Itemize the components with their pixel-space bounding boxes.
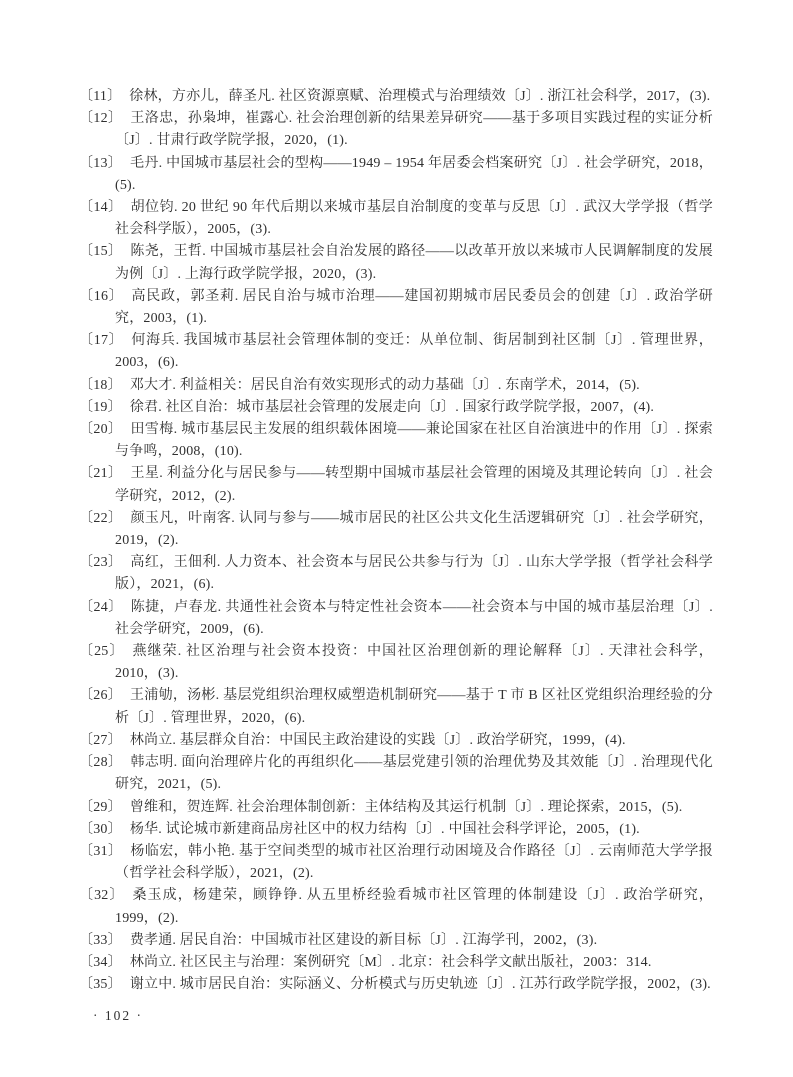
reference-item: 〔33〕费孝通. 居民自治：中国城市社区建设的新目标〔J〕. 江海学刊，2002… <box>79 930 713 952</box>
reference-item: 〔31〕杨临宏，韩小艳. 基于空间类型的城市社区治理行动困境及合作路径〔J〕. … <box>79 841 713 885</box>
reference-item: 〔17〕何海兵. 我国城市基层社会管理体制的变迁：从单位制、街居制到社区制〔J〕… <box>79 330 713 374</box>
reference-number: 〔33〕 <box>79 933 122 948</box>
reference-text: 田雪梅. 城市基层民主发展的组织载体困境——兼论国家在社区自治演进中的作用〔J〕… <box>115 422 713 459</box>
reference-item: 〔32〕桑玉成，杨建荣，顾铮铮. 从五里桥经验看城市社区管理的体制建设〔J〕. … <box>79 885 713 929</box>
reference-number: 〔30〕 <box>79 822 122 837</box>
reference-number: 〔21〕 <box>79 466 122 481</box>
reference-text: 曾维和，贺连辉. 社会治理体制创新：主体结构及其运行机制〔J〕. 理论探索，20… <box>130 800 683 815</box>
reference-number: 〔22〕 <box>79 511 122 526</box>
reference-text: 陈尧，王哲. 中国城市基层社会自治发展的路径——以改革开放以来城市人民调解制度的… <box>115 244 713 281</box>
reference-item: 〔14〕胡位钧. 20 世纪 90 年代后期以来城市基层自治制度的变革与反思〔J… <box>79 197 713 241</box>
document-page: 〔11〕徐林，方亦儿，薛圣凡. 社区资源禀赋、治理模式与治理绩效〔J〕. 浙江社… <box>0 0 793 1077</box>
reference-item: 〔23〕高红，王佃利. 人力资本、社会资本与居民公共参与行为〔J〕. 山东大学学… <box>79 552 713 596</box>
reference-item: 〔30〕杨华. 试论城市新建商品房社区中的权力结构〔J〕. 中国社会科学评论，2… <box>79 819 713 841</box>
reference-text: 杨华. 试论城市新建商品房社区中的权力结构〔J〕. 中国社会科学评论，2005，… <box>130 822 640 837</box>
reference-text: 谢立中. 城市居民自治：实际涵义、分析模式与历史轨迹〔J〕. 江苏行政学院学报，… <box>130 977 711 992</box>
reference-item: 〔11〕徐林，方亦儿，薛圣凡. 社区资源禀赋、治理模式与治理绩效〔J〕. 浙江社… <box>79 86 713 108</box>
reference-item: 〔24〕陈捷，卢春龙. 共通性社会资本与特定性社会资本——社会资本与中国的城市基… <box>79 597 713 641</box>
reference-number: 〔17〕 <box>79 333 123 348</box>
reference-item: 〔12〕王洛忠，孙枭坤，崔露心. 社会治理创新的结果差异研究——基于多项目实践过… <box>79 108 713 152</box>
reference-item: 〔27〕林尚立. 基层群众自治：中国民主政治建设的实践〔J〕. 政治学研究，19… <box>79 730 713 752</box>
reference-number: 〔20〕 <box>79 422 122 437</box>
reference-number: 〔19〕 <box>79 400 122 415</box>
reference-item: 〔28〕韩志明. 面向治理碎片化的再组织化——基层党建引领的治理优势及其效能〔J… <box>79 752 713 796</box>
reference-item: 〔15〕陈尧，王哲. 中国城市基层社会自治发展的路径——以改革开放以来城市人民调… <box>79 241 713 285</box>
reference-text: 王星. 利益分化与居民参与——转型期中国城市基层社会管理的困境及其理论转向〔J〕… <box>115 466 713 503</box>
reference-item: 〔34〕林尚立. 社区民主与治理：案例研究〔M〕. 北京：社会科学文献出版社，2… <box>79 952 713 974</box>
reference-item: 〔35〕谢立中. 城市居民自治：实际涵义、分析模式与历史轨迹〔J〕. 江苏行政学… <box>79 974 713 996</box>
reference-number: 〔27〕 <box>79 733 122 748</box>
reference-item: 〔25〕燕继荣. 社区治理与社会资本投资：中国社区治理创新的理论解释〔J〕. 天… <box>79 641 713 685</box>
reference-number: 〔14〕 <box>79 200 123 215</box>
reference-item: 〔18〕邓大才. 利益相关：居民自治有效实现形式的动力基础〔J〕. 东南学术，2… <box>79 375 713 397</box>
reference-number: 〔18〕 <box>79 378 122 393</box>
reference-item: 〔26〕王浦劬，汤彬. 基层党组织治理权威塑造机制研究——基于 T 市 B 区社… <box>79 685 713 729</box>
reference-text: 韩志明. 面向治理碎片化的再组织化——基层党建引领的治理优势及其效能〔J〕. 治… <box>115 755 713 792</box>
reference-number: 〔23〕 <box>79 555 122 570</box>
reference-number: 〔13〕 <box>79 156 122 171</box>
reference-item: 〔29〕曾维和，贺连辉. 社会治理体制创新：主体结构及其运行机制〔J〕. 理论探… <box>79 797 713 819</box>
reference-text: 胡位钧. 20 世纪 90 年代后期以来城市基层自治制度的变革与反思〔J〕. 武… <box>115 200 713 237</box>
reference-item: 〔16〕高民政，郭圣莉. 居民自治与城市治理——建国初期城市居民委员会的创建〔J… <box>79 286 713 330</box>
reference-text: 陈捷，卢春龙. 共通性社会资本与特定性社会资本——社会资本与中国的城市基层治理〔… <box>115 600 713 637</box>
reference-text: 杨临宏，韩小艳. 基于空间类型的城市社区治理行动困境及合作路径〔J〕. 云南师范… <box>115 844 713 881</box>
reference-number: 〔28〕 <box>79 755 122 770</box>
reference-number: 〔26〕 <box>79 688 122 703</box>
reference-number: 〔35〕 <box>79 977 122 992</box>
reference-text: 徐君. 社区自治：城市基层社会管理的发展走向〔J〕. 国家行政学院学报，2007… <box>130 400 654 415</box>
reference-text: 毛丹. 中国城市基层社会的型构——1949 – 1954 年居委会档案研究〔J〕… <box>115 156 713 193</box>
reference-item: 〔21〕王星. 利益分化与居民参与——转型期中国城市基层社会管理的困境及其理论转… <box>79 463 713 507</box>
reference-number: 〔16〕 <box>79 289 123 304</box>
reference-text: 邓大才. 利益相关：居民自治有效实现形式的动力基础〔J〕. 东南学术，2014，… <box>130 378 640 393</box>
reference-item: 〔19〕徐君. 社区自治：城市基层社会管理的发展走向〔J〕. 国家行政学院学报，… <box>79 397 713 419</box>
reference-text: 徐林，方亦儿，薛圣凡. 社区资源禀赋、治理模式与治理绩效〔J〕. 浙江社会科学，… <box>129 89 710 104</box>
reference-text: 王洛忠，孙枭坤，崔露心. 社会治理创新的结果差异研究——基于多项目实践过程的实证… <box>115 111 713 148</box>
reference-item: 〔13〕毛丹. 中国城市基层社会的型构——1949 – 1954 年居委会档案研… <box>79 153 713 197</box>
reference-text: 颜玉凡，叶南客. 认同与参与——城市居民的社区公共文化生活逻辑研究〔J〕. 社会… <box>115 511 713 548</box>
reference-text: 林尚立. 基层群众自治：中国民主政治建设的实践〔J〕. 政治学研究，1999，(… <box>130 733 626 748</box>
reference-number: 〔29〕 <box>79 800 122 815</box>
page-number: · 102 · <box>93 1007 713 1025</box>
reference-text: 何海兵. 我国城市基层社会管理体制的变迁：从单位制、街居制到社区制〔J〕. 管理… <box>115 333 713 370</box>
reference-number: 〔25〕 <box>79 644 124 659</box>
reference-list: 〔11〕徐林，方亦儿，薛圣凡. 社区资源禀赋、治理模式与治理绩效〔J〕. 浙江社… <box>79 86 713 996</box>
reference-number: 〔12〕 <box>79 111 122 126</box>
reference-number: 〔32〕 <box>79 888 124 903</box>
reference-text: 王浦劬，汤彬. 基层党组织治理权威塑造机制研究——基于 T 市 B 区社区党组织… <box>115 688 713 725</box>
reference-text: 高红，王佃利. 人力资本、社会资本与居民公共参与行为〔J〕. 山东大学学报（哲学… <box>115 555 713 592</box>
reference-item: 〔22〕颜玉凡，叶南客. 认同与参与——城市居民的社区公共文化生活逻辑研究〔J〕… <box>79 508 713 552</box>
reference-number: 〔31〕 <box>79 844 122 859</box>
reference-text: 费孝通. 居民自治：中国城市社区建设的新目标〔J〕. 江海学刊，2002，(3)… <box>130 933 597 948</box>
reference-item: 〔20〕田雪梅. 城市基层民主发展的组织载体困境——兼论国家在社区自治演进中的作… <box>79 419 713 463</box>
reference-number: 〔11〕 <box>79 89 121 104</box>
reference-number: 〔24〕 <box>79 600 123 615</box>
reference-number: 〔15〕 <box>79 244 122 259</box>
reference-number: 〔34〕 <box>79 955 122 970</box>
reference-text: 燕继荣. 社区治理与社会资本投资：中国社区治理创新的理论解释〔J〕. 天津社会科… <box>115 644 713 681</box>
reference-text: 桑玉成，杨建荣，顾铮铮. 从五里桥经验看城市社区管理的体制建设〔J〕. 政治学研… <box>115 888 713 925</box>
reference-text: 林尚立. 社区民主与治理：案例研究〔M〕. 北京：社会科学文献出版社，2003：… <box>130 955 652 970</box>
reference-text: 高民政，郭圣莉. 居民自治与城市治理——建国初期城市居民委员会的创建〔J〕. 政… <box>115 289 713 326</box>
